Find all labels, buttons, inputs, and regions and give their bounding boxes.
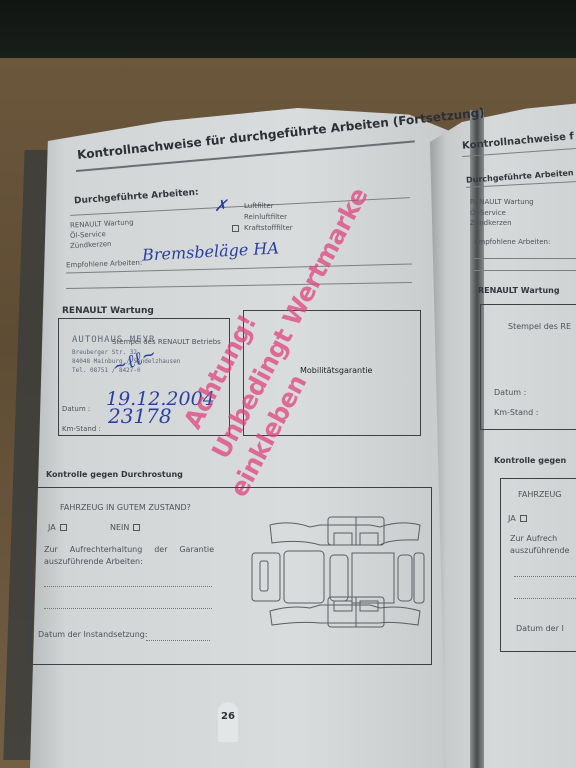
stamp-line: AUTOHAUS MEYR (72, 336, 155, 345)
divider (474, 258, 576, 259)
right-yes-option[interactable]: JA (508, 514, 527, 523)
right-date-label: Datum : (494, 388, 526, 397)
warranty-text: Zur Aufrechterhaltung der Garantie auszu… (44, 544, 214, 568)
rust-check-heading: Kontrolle gegen Durchrostung (46, 470, 183, 479)
car-body-diagram (250, 515, 426, 630)
checkbox-icon (228, 224, 239, 232)
page-number: 26 (218, 702, 238, 742)
right-recommended-label: Empfohlene Arbeiten: (474, 238, 550, 246)
rust-question: FAHRZEUG IN GUTEM ZUSTAND? (60, 503, 191, 512)
no-label: NEIN (110, 523, 129, 532)
work-item: RENAULT Wartung (470, 198, 534, 206)
line (44, 608, 212, 609)
background-dark-object (0, 0, 576, 62)
work-item: Öl-Service (470, 209, 506, 217)
checkbox-icon (133, 524, 140, 531)
yes-option[interactable]: JA (48, 523, 67, 532)
right-question: FAHRZEUG (518, 490, 562, 499)
line (514, 576, 576, 577)
yes-label: JA (508, 514, 516, 523)
filter-luftfilter: Luftfilter (244, 202, 274, 210)
filter-kraftstofffilter: Kraftstofffilter (244, 224, 293, 232)
mobility-label: Mobilitätsgarantie (300, 366, 372, 375)
checkbox-icon (520, 515, 527, 522)
right-stamp-label: Stempel des RE (508, 322, 571, 331)
checkmark-handwritten: ✗ (214, 196, 227, 215)
right-repair-date-label: Datum der I (516, 624, 564, 633)
divider (474, 270, 576, 271)
line (146, 640, 210, 641)
checkbox-icon (60, 524, 67, 531)
repair-date-label: Datum der Instandsetzung: (38, 630, 148, 639)
right-rust-heading: Kontrolle gegen (494, 456, 566, 465)
no-option[interactable]: NEIN (110, 523, 140, 532)
service-heading: RENAULT Wartung (62, 306, 154, 316)
yes-label: JA (48, 523, 56, 532)
work-item: Zündkerzen (470, 219, 512, 227)
km-value: 23178 (108, 404, 172, 428)
right-service-heading: RENAULT Wartung (478, 286, 560, 295)
date-label: Datum : (62, 405, 90, 413)
right-warranty-line: auszuführende (510, 546, 569, 555)
line (514, 598, 576, 599)
right-km-label: Km-Stand : (494, 408, 538, 417)
km-label: Km-Stand : (62, 425, 101, 433)
line (44, 586, 212, 587)
right-warranty-line: Zur Aufrech (510, 534, 557, 543)
filter-reinluftfilter: Reinluftfilter (244, 213, 287, 221)
